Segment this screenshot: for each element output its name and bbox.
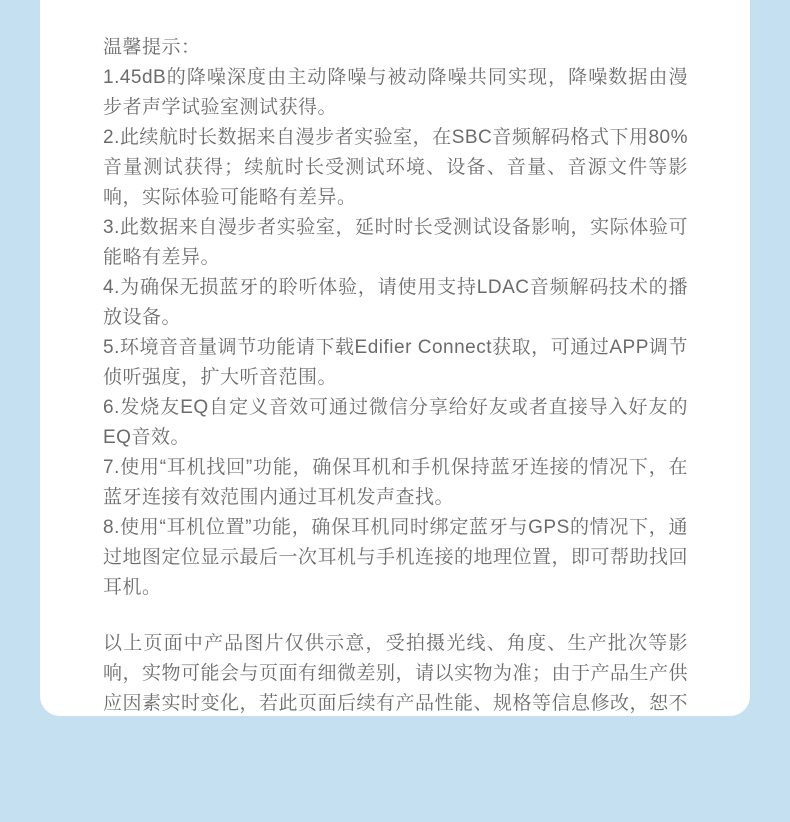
tip-item-3: 3.此数据来自漫步者实验室，延时时长受测试设备影响，实际体验可能略有差异。 <box>103 213 688 273</box>
tip-item-5: 5.环境音音量调节功能请下载Edifier Connect获取，可通过APP调节… <box>103 333 688 393</box>
tip-item-8: 8.使用“耳机位置”功能，确保耳机同时绑定蓝牙与GPS的情况下，通过地图定位显示… <box>103 513 688 603</box>
tips-heading: 温馨提示： <box>103 33 688 63</box>
tip-item-6: 6.发烧友EQ自定义音效可通过微信分享给好友或者直接导入好友的EQ音效。 <box>103 393 688 453</box>
tip-item-2: 2.此续航时长数据来自漫步者实验室，在SBC音频解码格式下用80%音量测试获得；… <box>103 123 688 213</box>
tip-item-1: 1.45dB的降噪深度由主动降噪与被动降噪共同实现，降噪数据由漫步者声学试验室测… <box>103 63 688 123</box>
tip-item-4: 4.为确保无损蓝牙的聆听体验，请使用支持LDAC音频解码技术的播放设备。 <box>103 273 688 333</box>
tips-card: 温馨提示： 1.45dB的降噪深度由主动降噪与被动降噪共同实现，降噪数据由漫步者… <box>40 0 750 716</box>
tips-text-block: 温馨提示： 1.45dB的降噪深度由主动降噪与被动降噪共同实现，降噪数据由漫步者… <box>103 33 688 716</box>
tip-item-7: 7.使用“耳机找回”功能，确保耳机和手机保持蓝牙连接的情况下，在蓝牙连接有效范围… <box>103 453 688 513</box>
product-disclaimer: 以上页面中产品图片仅供示意，受拍摄光线、角度、生产批次等影响，实物可能会与页面有… <box>103 629 688 716</box>
